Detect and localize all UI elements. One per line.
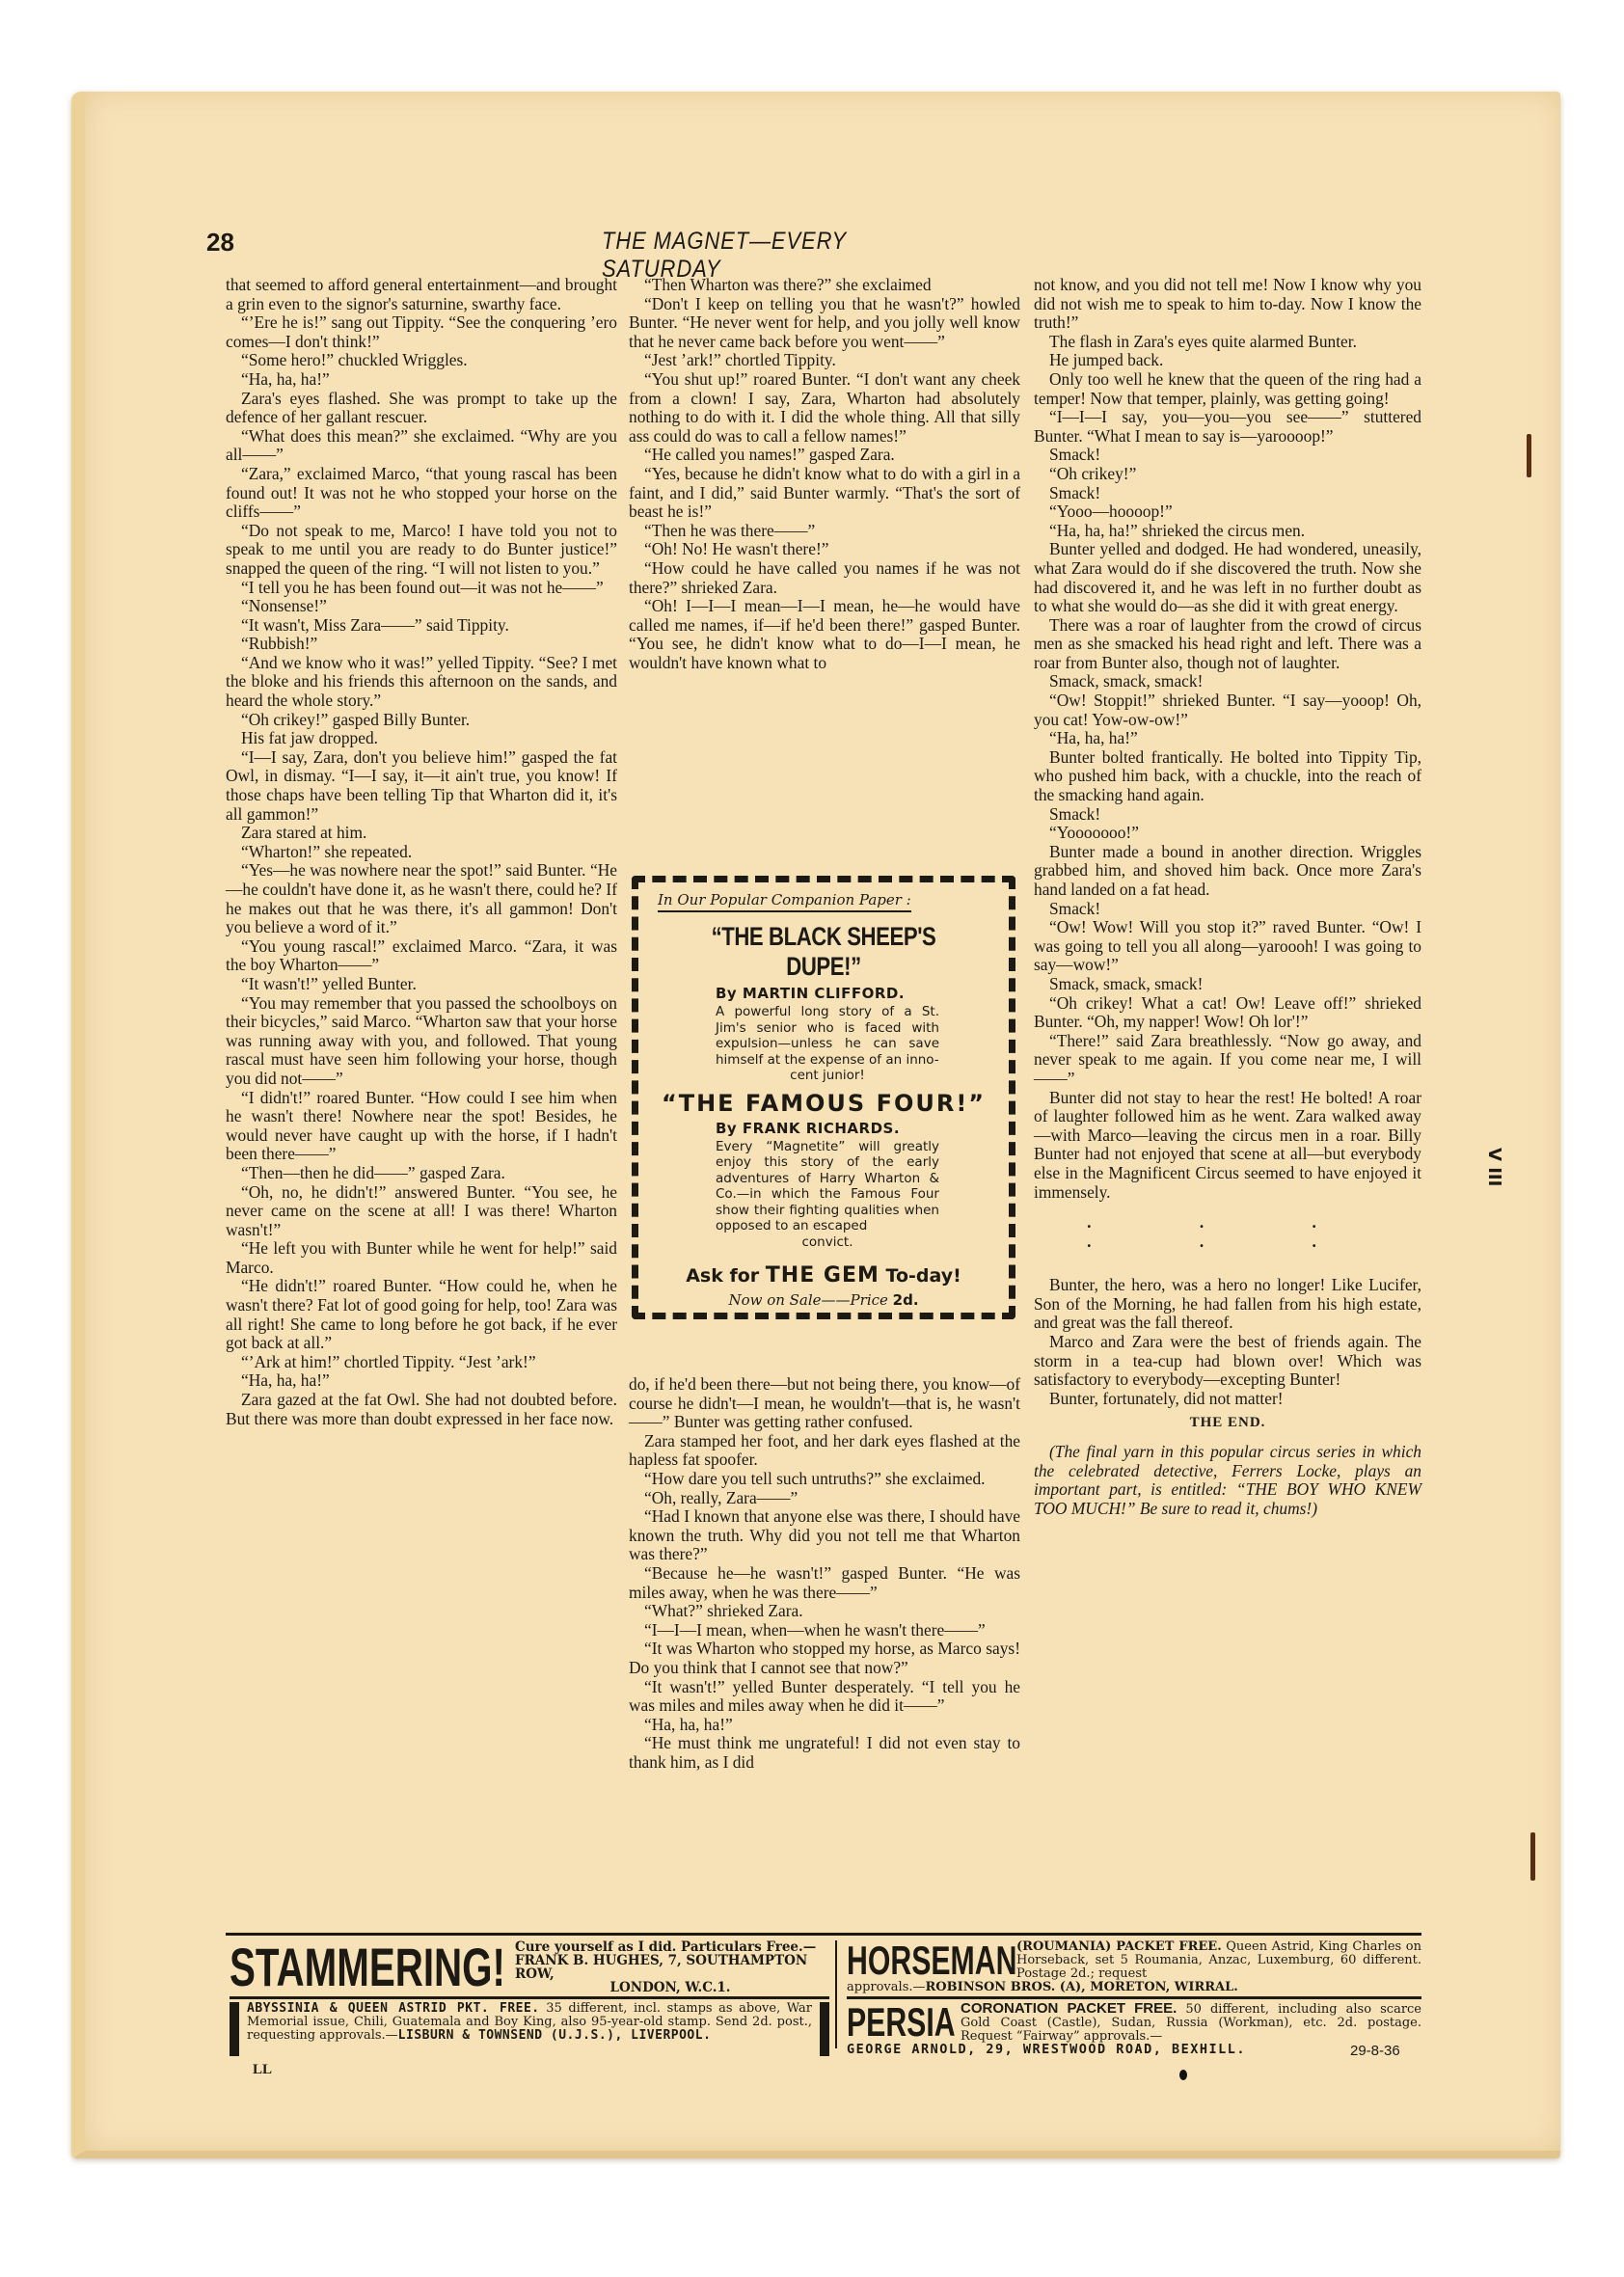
next-week-notice: (The final yarn in this popular circus s… [1034, 1443, 1421, 1518]
paragraph: “Oh! No! He wasn't there!” [629, 540, 1020, 559]
paragraph: “Do not speak to me, Marco! I have told … [226, 522, 617, 579]
paragraph: “Ha, ha, ha!” [629, 1716, 1020, 1735]
paragraph: “’Ark at him!” chortled Tippity. “Jest ’… [226, 1353, 617, 1372]
ad-stammering-headline: STAMMERING! [230, 1940, 505, 1994]
promo-story1-title: “THE BLACK SHEEP'S DUPE!” [683, 922, 964, 982]
paragraph: “It wasn't!” yelled Bunter desperately. … [629, 1678, 1020, 1716]
promo-price: Now on Sale——Price 2d. [652, 1291, 995, 1309]
paragraph: “I—I—I say, you—you—you see——” stuttered… [1034, 408, 1421, 446]
paragraph: “How could he have called you names if h… [629, 559, 1020, 597]
paragraph: “You shut up!” roared Bunter. “I don't w… [629, 370, 1020, 446]
ads-divider [226, 1933, 1421, 1936]
ad-persia-headline: PERSIA [847, 2002, 956, 2043]
paragraph: “I tell you he has been found out—it was… [226, 579, 617, 598]
paragraph: “Ha, ha, ha!” [1034, 729, 1421, 748]
paragraph: Smack! [1034, 446, 1421, 465]
paragraph: “Ha, ha, ha!” [226, 1371, 617, 1391]
ad-stammering: STAMMERING! Cure yourself as I did. Part… [230, 1940, 827, 1994]
paragraph: “Oh, really, Zara——” [629, 1489, 1020, 1508]
paragraph: “Yes, because he didn't know what to do … [629, 465, 1020, 522]
paragraph: Zara gazed at the fat Owl. She had not d… [226, 1391, 617, 1428]
paragraph: “He left you with Bunter while he went f… [226, 1239, 617, 1277]
paragraph: “Then Wharton was there?” she exclaimed [629, 276, 1020, 295]
paragraph: Bunter did not stay to hear the rest! He… [1034, 1089, 1421, 1203]
companion-paper-advert: In Our Popular Companion Paper : “THE BL… [632, 876, 1015, 1319]
paragraph: Bunter yelled and dodged. He had wondere… [1034, 540, 1421, 615]
paragraph: “Ha, ha, ha!” [226, 370, 617, 390]
promo-story2-title: “THE FAMOUS FOUR!” [652, 1090, 995, 1117]
paragraph: “He didn't!” roared Bunter. “How could h… [226, 1277, 617, 1352]
paragraph: “He called you names!” gasped Zara. [629, 446, 1020, 465]
paragraph: “Because he—he wasn't!” gasped Bunter. “… [629, 1564, 1020, 1602]
paragraph: “Wharton!” she repeated. [226, 843, 617, 862]
story-column-1: that seemed to afford general entertainm… [226, 276, 617, 1428]
paragraph: “And we know who it was!” yelled Tippity… [226, 654, 617, 711]
section-break: . . . . . . [1034, 1213, 1421, 1251]
story-column-3: not know, and you did not tell me! Now I… [1034, 276, 1421, 1518]
paragraph: “Then he was there——” [629, 522, 1020, 541]
paragraph: Bunter, the hero, was a hero no longer! … [1034, 1276, 1421, 1333]
paragraph: “I—I say, Zara, don't you believe him!” … [226, 748, 617, 824]
paragraph: “Ow! Wow! Will you stop it?” raved Bunte… [1034, 918, 1421, 975]
paragraph: “How dare you tell such untruths?” she e… [629, 1470, 1020, 1489]
paragraph: Smack, smack, smack! [1034, 975, 1421, 994]
promo-story2-author: By FRANK RICHARDS. [716, 1120, 995, 1137]
paragraph: “Ow! Stoppit!” shrieked Bunter. “I say—y… [1034, 691, 1421, 729]
paragraph: “I—I—I mean, when—when he wasn't there——… [629, 1621, 1020, 1640]
ad-stammering-text: Cure yourself as I did. Particulars Free… [515, 1940, 826, 1994]
promo-intro: In Our Popular Companion Paper : [658, 891, 911, 912]
paragraph: Smack! [1034, 484, 1421, 503]
ink-dot [1179, 2070, 1187, 2080]
paragraph: “What does this mean?” she exclaimed. “W… [226, 427, 617, 465]
paragraph: “Oh crikey!” [1034, 465, 1421, 484]
story-column-2-bottom: do, if he'd been there—but not being the… [629, 1375, 1020, 1772]
paragraph: “You may remember that you passed the sc… [226, 994, 617, 1089]
paragraph: “It wasn't, Miss Zara——” said Tippity. [226, 616, 617, 636]
paragraph: “Yes—he was nowhere near the spot!” said… [226, 861, 617, 936]
paragraph: He jumped back. [1034, 351, 1421, 370]
paragraph: “Yooooooo!” [1034, 824, 1421, 843]
story-column-2-top: “Then Wharton was there?” she exclaimed“… [629, 276, 1020, 672]
ad-abyssinia: ABYSSINIA & QUEEN ASTRID PKT. FREE. 35 d… [230, 2002, 829, 2056]
issue-date: 29-8-36 [1350, 2043, 1400, 2059]
paragraph: “Some hero!” chuckled Wriggles. [226, 351, 617, 370]
promo-story1-author: By MARTIN CLIFFORD. [716, 985, 995, 1002]
staple [1527, 434, 1531, 477]
paragraph: Only too well he knew that the queen of … [1034, 370, 1421, 408]
paragraph: do, if he'd been there—but not being the… [629, 1375, 1020, 1432]
ad-horseman: HORSEMAN (ROUMANIA) PACKET FREE. Queen A… [847, 1940, 1421, 1994]
paragraph: “Oh, no, he didn't!” answered Bunter. “Y… [226, 1183, 617, 1240]
paragraph: “Then—then he did——” gasped Zara. [226, 1164, 617, 1183]
margin-signature-mark: V III [1484, 1148, 1504, 1186]
paragraph: “Zara,” exclaimed Marco, “that young ras… [226, 465, 617, 522]
paragraph: Bunter bolted frantically. He bolted int… [1034, 748, 1421, 805]
paragraph: not know, and you did not tell me! Now I… [1034, 276, 1421, 333]
paragraph: “Oh! I—I—I mean—I—I mean, he—he would ha… [629, 597, 1020, 672]
paragraph: “Nonsense!” [226, 597, 617, 616]
paragraph: “It was Wharton who stopped my horse, as… [629, 1640, 1020, 1677]
paragraph: “I didn't!” roared Bunter. “How could I … [226, 1089, 617, 1164]
paragraph: “Ha, ha, ha!” shrieked the circus men. [1034, 522, 1421, 541]
paragraph: that seemed to afford general entertainm… [226, 276, 617, 313]
promo-story1-blurb: A powerful long story of a St. Jim's sen… [716, 1004, 939, 1084]
the-end: THE END. [1034, 1414, 1421, 1433]
staple [1530, 1832, 1535, 1881]
paragraph: There was a roar of laughter from the cr… [1034, 616, 1421, 673]
ads-vertical-divider [835, 1940, 837, 2048]
paragraph: “Jest ’ark!” chortled Tippity. [629, 351, 1020, 370]
paragraph: Zara stamped her foot, and her dark eyes… [629, 1432, 1020, 1470]
promo-story2-blurb: Every “Magnetite” will greatly enjoy thi… [716, 1139, 939, 1251]
paragraph: “Rubbish!” [226, 635, 617, 654]
paragraph: “You young rascal!” exclaimed Marco. “Za… [226, 937, 617, 975]
paragraph: Smack! [1034, 805, 1421, 825]
paragraph: The flash in Zara's eyes quite alarmed B… [1034, 333, 1421, 352]
paragraph: His fat jaw dropped. [226, 729, 617, 748]
page-header: 28 THE MAGNET—EVERY SATURDAY [206, 228, 1007, 266]
paragraph: “There!” said Zara breathlessly. “Now go… [1034, 1032, 1421, 1089]
paragraph: Marco and Zara were the best of friends … [1034, 1333, 1421, 1390]
paragraph: “It wasn't!” yelled Bunter. [226, 975, 617, 994]
paragraph: “Oh crikey! What a cat! Ow! Leave off!” … [1034, 994, 1421, 1032]
paragraph: Bunter made a bound in another direction… [1034, 843, 1421, 900]
paragraph: “What?” shrieked Zara. [629, 1602, 1020, 1621]
paragraph: “Yooo—hoooop!” [1034, 502, 1421, 522]
paragraph: Smack! [1034, 900, 1421, 919]
ad-horseman-headline: HORSEMAN [847, 1940, 1016, 1981]
paragraph: “’Ere he is!” sang out Tippity. “See the… [226, 313, 617, 351]
paragraph: Smack, smack, smack! [1034, 672, 1421, 691]
paragraph: Zara's eyes flashed. She was prompt to t… [226, 390, 617, 427]
paragraph: “Had I known that anyone else was there,… [629, 1507, 1020, 1564]
paragraph: “Don't I keep on telling you that he was… [629, 295, 1020, 352]
paragraph: “Oh crikey!” gasped Billy Bunter. [226, 711, 617, 730]
paragraph: “He must think me ungrateful! I did not … [629, 1734, 1020, 1772]
ad-divider [230, 1996, 829, 1999]
paragraph: Bunter, fortunately, did not matter! [1034, 1390, 1421, 1409]
promo-call-to-action: Ask for THE GEM To-day! [652, 1263, 995, 1288]
paragraph: Zara stared at him. [226, 824, 617, 843]
ad-persia: PERSIA CORONATION PACKET FREE. 50 differ… [847, 2002, 1421, 2056]
page-number: 28 [206, 228, 234, 258]
printer-mark: LL [253, 2062, 272, 2078]
